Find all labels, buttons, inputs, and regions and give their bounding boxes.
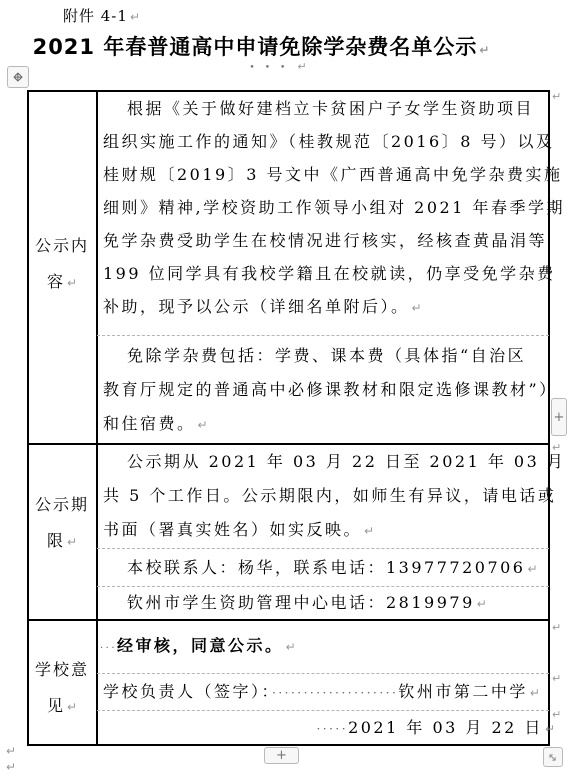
- school-name: 钦州市第二中学: [398, 682, 528, 701]
- plus-icon: +: [554, 410, 565, 425]
- title-text: 2021 年春普通高中申请免除学杂费名单公示: [33, 35, 478, 59]
- content-line[interactable]: 教育厅规定的普通高中必修课教材和限定选修课教材”）: [103, 373, 558, 407]
- paragraph-mark-icon: ↵: [6, 744, 16, 758]
- paragraph-mark-icon: ↵: [6, 760, 16, 774]
- contact-line-school[interactable]: 本校联系人：杨华，联系电话：13977720706↵: [103, 550, 538, 587]
- document-page: 附件 4-1↵ 2021 年春普通高中申请免除学杂费名单公示↵ •••↵ 公示内…: [0, 0, 567, 780]
- space-dots: ····················: [272, 686, 398, 700]
- content-line[interactable]: 免学杂费受助学生在校情况进行核实，经核查黄晶涓等: [103, 224, 547, 257]
- row-label-content[interactable]: 公示内 容↵: [28, 228, 96, 301]
- end-of-row-mark-icon: ↵: [552, 90, 561, 103]
- space-dots: •••: [249, 63, 295, 73]
- approval-text: 经审核，同意公示。: [117, 636, 284, 655]
- table-column-divider: [96, 90, 98, 746]
- content-line[interactable]: 书面（署真实姓名）如实反映。↵: [103, 513, 374, 548]
- content-line[interactable]: 根据《关于做好建档立卡贫困户子女学生资助项目: [103, 92, 534, 125]
- content-line[interactable]: 细则》精神,学校资助工作领导小组对 2021 年春季学期: [103, 191, 565, 224]
- table-move-handle[interactable]: ↔ ↔: [7, 66, 29, 88]
- signer-line[interactable]: 学校负责人（签字）：····················钦州市第二中学↵: [103, 675, 540, 710]
- paragraph-mark-icon: ↵: [297, 60, 306, 73]
- content-line[interactable]: 199 位同学具有我校学籍且在校就读，仍享受免学杂费: [103, 257, 556, 290]
- paragraph-mark-icon: ↵: [412, 301, 422, 315]
- date-text: 2021 年 03 月 22 日: [348, 718, 543, 737]
- content-line[interactable]: 公示期从 2021 年 03 月 22 日至 2021 年 03 月 26 日，: [103, 445, 567, 479]
- content-line[interactable]: 共 5 个工作日。公示期限内，如师生有异议，请电话或: [103, 479, 556, 513]
- paragraph-mark-icon: ↵: [479, 43, 489, 57]
- attachment-text: 附件 4-1: [63, 7, 128, 25]
- content-line[interactable]: 组织实施工作的通知》（桂教规范〔2016〕8 号）以及: [103, 125, 555, 158]
- plus-icon: +: [276, 748, 287, 763]
- space-dots: ·····: [316, 722, 348, 736]
- dashed-gridline: [97, 335, 549, 336]
- row-label-line: 容↵: [28, 264, 96, 301]
- signer-label: 学校负责人（签字）：: [103, 682, 272, 701]
- paragraph-mark-icon: ↵: [198, 418, 208, 432]
- paragraph-mark-icon: ↵: [67, 535, 77, 549]
- insert-column-handle[interactable]: +: [551, 398, 567, 436]
- insert-row-handle[interactable]: +: [264, 747, 299, 764]
- space-dots: ···: [100, 643, 117, 654]
- content-line[interactable]: 免除学杂费包括：学费、课本费（具体指“自治区: [103, 339, 526, 373]
- row-label-line: 见↵: [28, 688, 96, 725]
- table-resize-handle[interactable]: ↔: [543, 747, 563, 767]
- date-line[interactable]: ·····2021 年 03 月 22 日↵: [103, 711, 555, 746]
- attachment-label[interactable]: 附件 4-1↵: [63, 6, 140, 27]
- row-label-opinion[interactable]: 学校意 见↵: [28, 652, 96, 725]
- end-of-row-mark-icon: ↵: [552, 672, 561, 685]
- row-label-line: 公示期: [28, 487, 96, 523]
- paragraph-mark-icon: ↵: [67, 276, 77, 290]
- paragraph-mark-icon: ↵: [545, 722, 555, 736]
- row-label-line: 学校意: [28, 652, 96, 688]
- paragraph-mark-icon: ↵: [130, 10, 140, 24]
- dashed-gridline: [97, 548, 549, 549]
- content-line[interactable]: 桂财规〔2019〕3 号文中《广西普通高中免学杂费实施: [103, 158, 563, 191]
- paragraph-mark-icon: ↵: [286, 640, 296, 654]
- content-line[interactable]: 和住宿费。↵: [103, 407, 208, 442]
- paragraph-mark-icon: ↵: [67, 700, 77, 714]
- end-of-row-mark-icon: ↵: [552, 621, 561, 634]
- paragraph-mark-icon: ↵: [364, 524, 374, 538]
- dashed-gridline: [97, 673, 549, 674]
- row-label-line: 限↵: [28, 523, 96, 560]
- space-marks-row: •••↵: [0, 60, 556, 75]
- paragraph-mark-icon: ↵: [527, 562, 537, 576]
- resize-diagonal-icon: ↔: [545, 749, 561, 765]
- end-of-row-mark-icon: ↵: [552, 708, 561, 721]
- move-arrows-icon: ↔: [8, 67, 28, 87]
- row-label-period[interactable]: 公示期 限↵: [28, 487, 96, 560]
- contact-line-center[interactable]: 钦州市学生资助管理中心电话：2819979↵: [103, 587, 487, 620]
- content-line[interactable]: 补助，现予以公示（详细名单附后）。↵: [103, 290, 422, 325]
- paragraph-mark-icon: ↵: [530, 686, 540, 700]
- paragraph-mark-icon: ↵: [477, 597, 487, 611]
- row-label-line: 公示内: [28, 228, 96, 264]
- end-of-row-mark-icon: ↵: [552, 441, 561, 454]
- approval-line[interactable]: ···经审核，同意公示。↵: [100, 630, 296, 665]
